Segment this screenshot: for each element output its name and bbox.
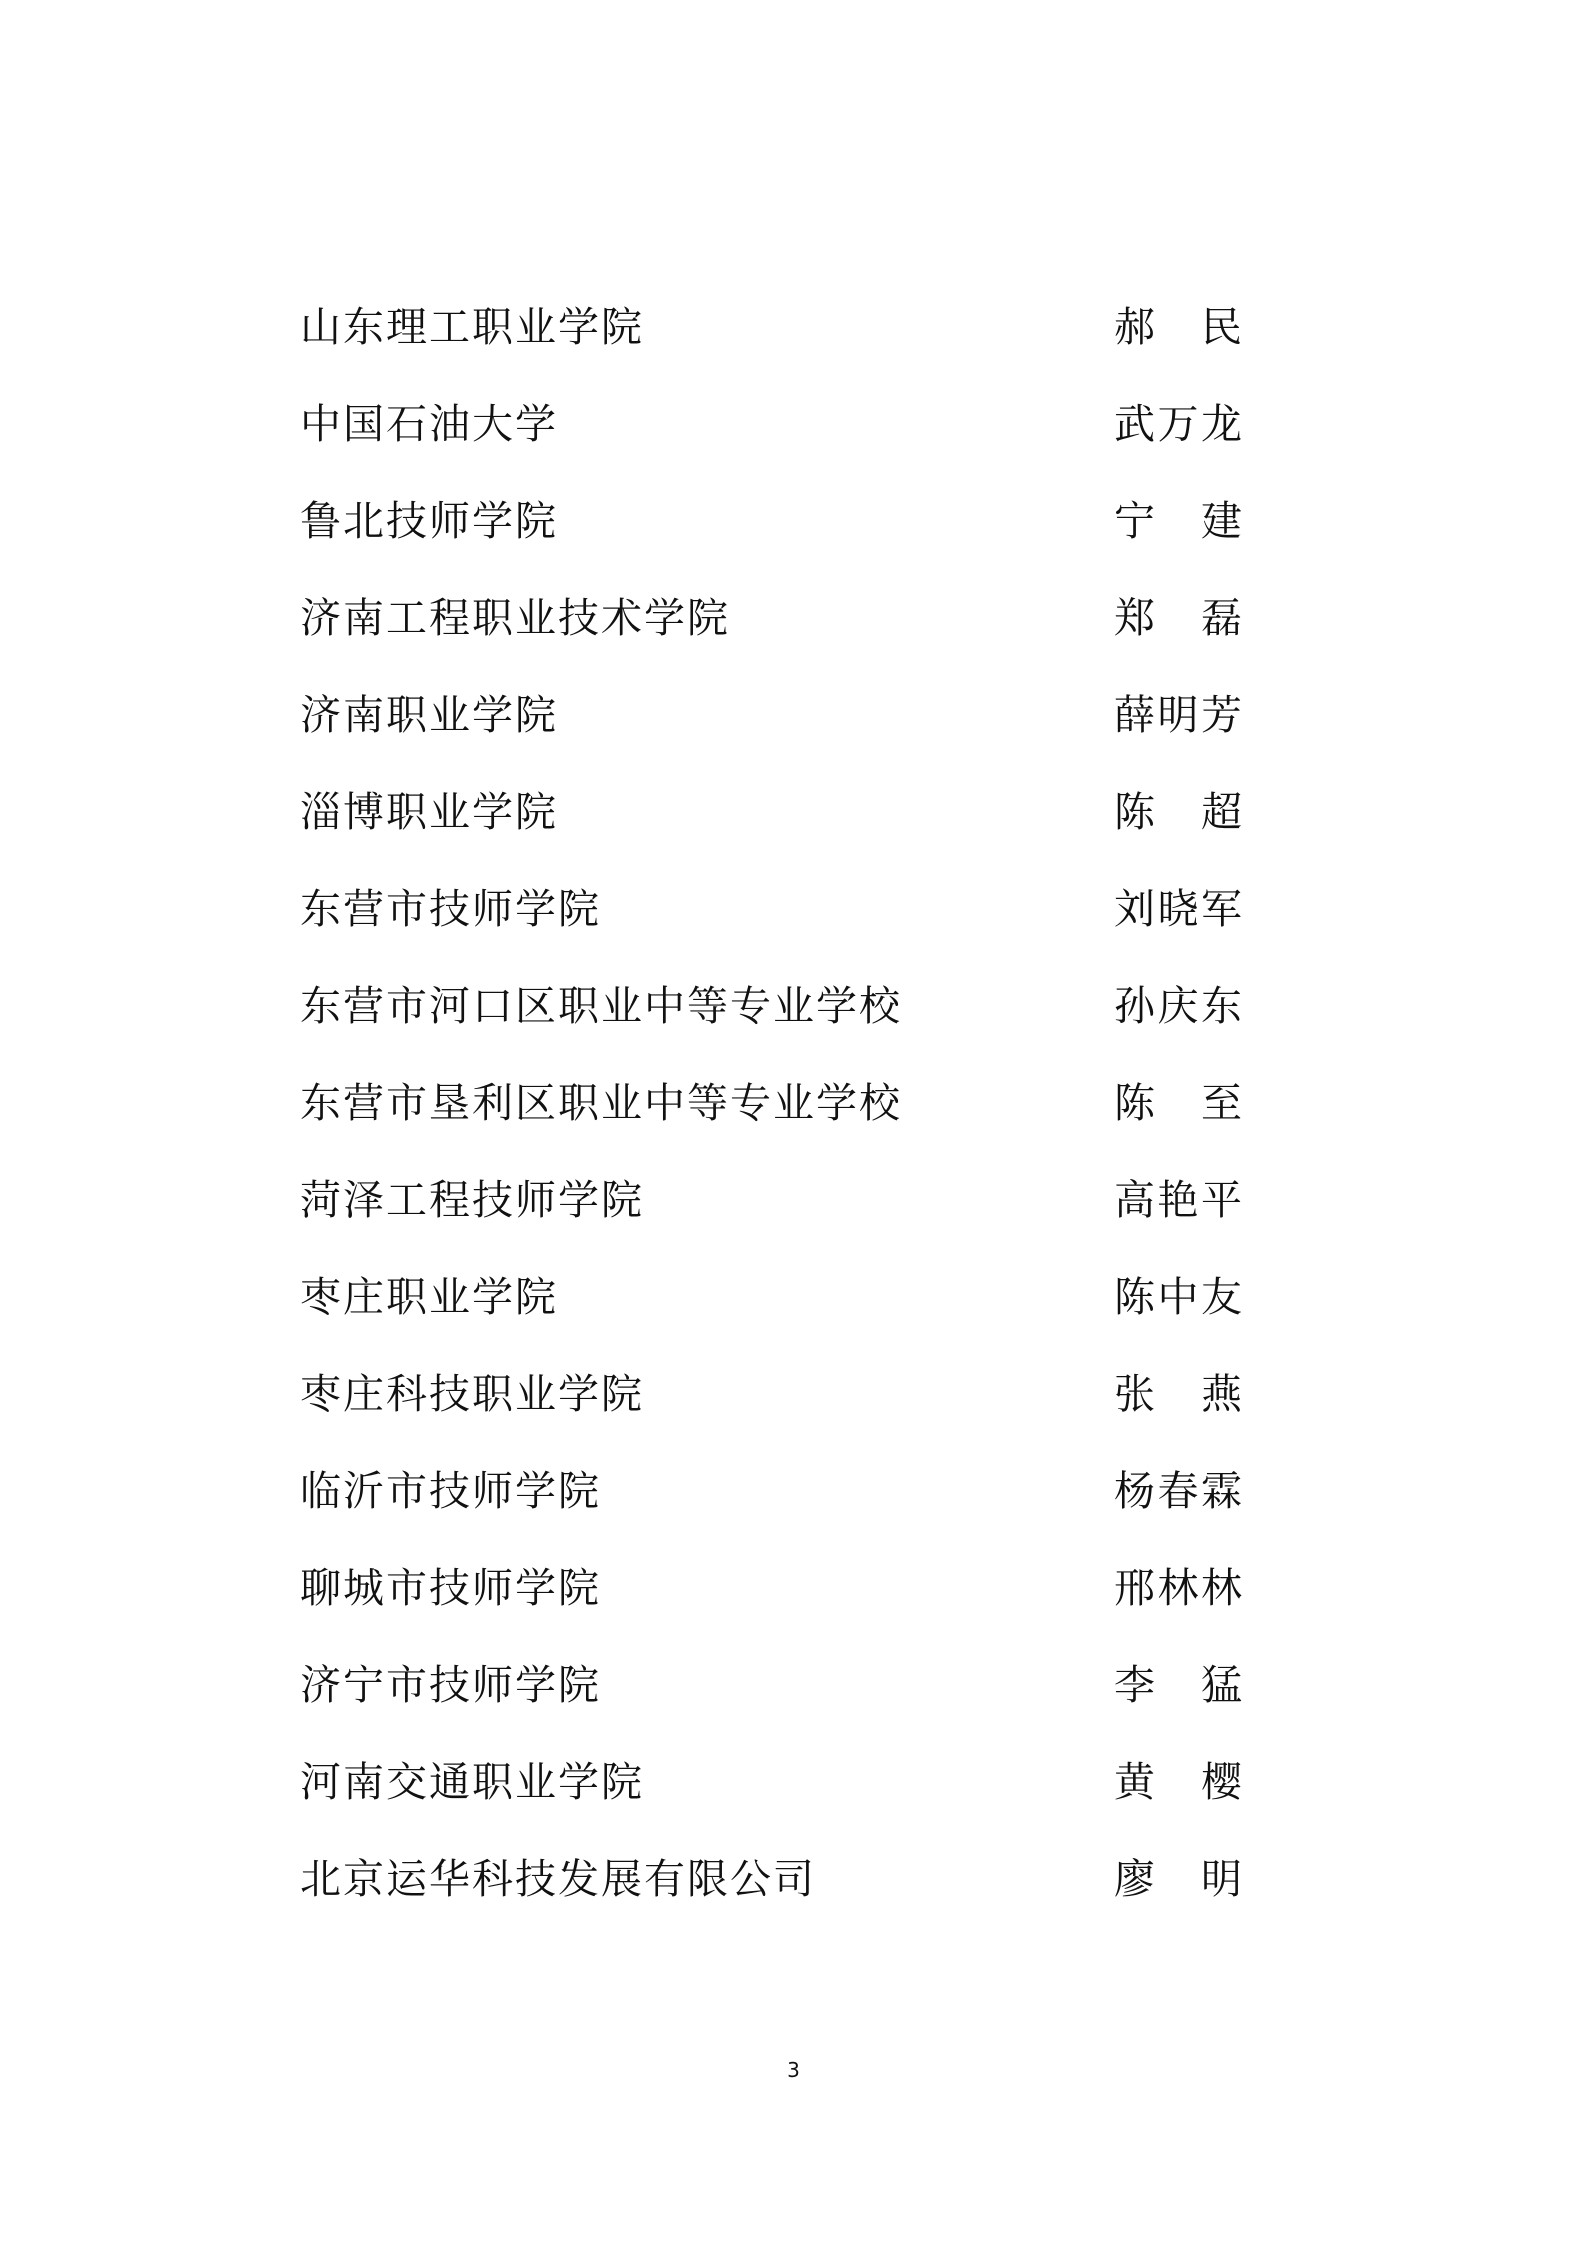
person-name: 郝 民 (1114, 298, 1242, 356)
organization-name-list: 山东理工职业学院 郝 民 中国石油大学 武万龙 鲁北技师学院 宁 建 济南工程职… (300, 298, 1250, 1947)
person-name: 张 燕 (1114, 1365, 1242, 1423)
organization-name: 临沂市技师学院 (300, 1462, 601, 1520)
list-item: 北京运华科技发展有限公司 廖 明 (300, 1850, 1250, 1947)
organization-name: 东营市河口区职业中等专业学校 (300, 977, 902, 1035)
list-item: 山东理工职业学院 郝 民 (300, 298, 1250, 395)
list-item: 鲁北技师学院 宁 建 (300, 492, 1250, 589)
organization-name: 淄博职业学院 (300, 783, 558, 841)
person-name: 李 猛 (1114, 1656, 1242, 1714)
organization-name: 北京运华科技发展有限公司 (300, 1850, 816, 1908)
person-name: 武万龙 (1114, 395, 1242, 453)
list-item: 中国石油大学 武万龙 (300, 395, 1250, 492)
list-item: 聊城市技师学院 邢林林 (300, 1559, 1250, 1656)
organization-name: 济宁市技师学院 (300, 1656, 601, 1714)
organization-name: 枣庄科技职业学院 (300, 1365, 644, 1423)
list-item: 东营市技师学院 刘晓军 (300, 880, 1250, 977)
organization-name: 东营市技师学院 (300, 880, 601, 938)
person-name: 廖 明 (1114, 1850, 1242, 1908)
organization-name: 济南工程职业技术学院 (300, 589, 730, 647)
person-name: 陈中友 (1114, 1268, 1242, 1326)
document-page: 山东理工职业学院 郝 民 中国石油大学 武万龙 鲁北技师学院 宁 建 济南工程职… (0, 0, 1587, 2245)
person-name: 刘晓军 (1114, 880, 1242, 938)
list-item: 济南职业学院 薛明芳 (300, 686, 1250, 783)
list-item: 东营市垦利区职业中等专业学校 陈 至 (300, 1074, 1250, 1171)
list-item: 临沂市技师学院 杨春霖 (300, 1462, 1250, 1559)
list-item: 济南工程职业技术学院 郑 磊 (300, 589, 1250, 686)
list-item: 淄博职业学院 陈 超 (300, 783, 1250, 880)
list-item: 菏泽工程技师学院 高艳平 (300, 1171, 1250, 1268)
organization-name: 济南职业学院 (300, 686, 558, 744)
list-item: 枣庄职业学院 陈中友 (300, 1268, 1250, 1365)
person-name: 高艳平 (1114, 1171, 1242, 1229)
person-name: 宁 建 (1114, 492, 1242, 550)
person-name: 杨春霖 (1114, 1462, 1242, 1520)
organization-name: 菏泽工程技师学院 (300, 1171, 644, 1229)
organization-name: 河南交通职业学院 (300, 1753, 644, 1811)
organization-name: 山东理工职业学院 (300, 298, 644, 356)
list-item: 济宁市技师学院 李 猛 (300, 1656, 1250, 1753)
list-item: 河南交通职业学院 黄 樱 (300, 1753, 1250, 1850)
organization-name: 鲁北技师学院 (300, 492, 558, 550)
person-name: 陈 超 (1114, 783, 1242, 841)
organization-name: 东营市垦利区职业中等专业学校 (300, 1074, 902, 1132)
list-item: 东营市河口区职业中等专业学校 孙庆东 (300, 977, 1250, 1074)
organization-name: 中国石油大学 (300, 395, 558, 453)
person-name: 邢林林 (1114, 1559, 1242, 1617)
list-item: 枣庄科技职业学院 张 燕 (300, 1365, 1250, 1462)
organization-name: 枣庄职业学院 (300, 1268, 558, 1326)
person-name: 孙庆东 (1114, 977, 1242, 1035)
person-name: 陈 至 (1114, 1074, 1242, 1132)
page-number: 3 (0, 2058, 1587, 2082)
person-name: 郑 磊 (1114, 589, 1242, 647)
organization-name: 聊城市技师学院 (300, 1559, 601, 1617)
person-name: 薛明芳 (1114, 686, 1242, 744)
person-name: 黄 樱 (1114, 1753, 1242, 1811)
